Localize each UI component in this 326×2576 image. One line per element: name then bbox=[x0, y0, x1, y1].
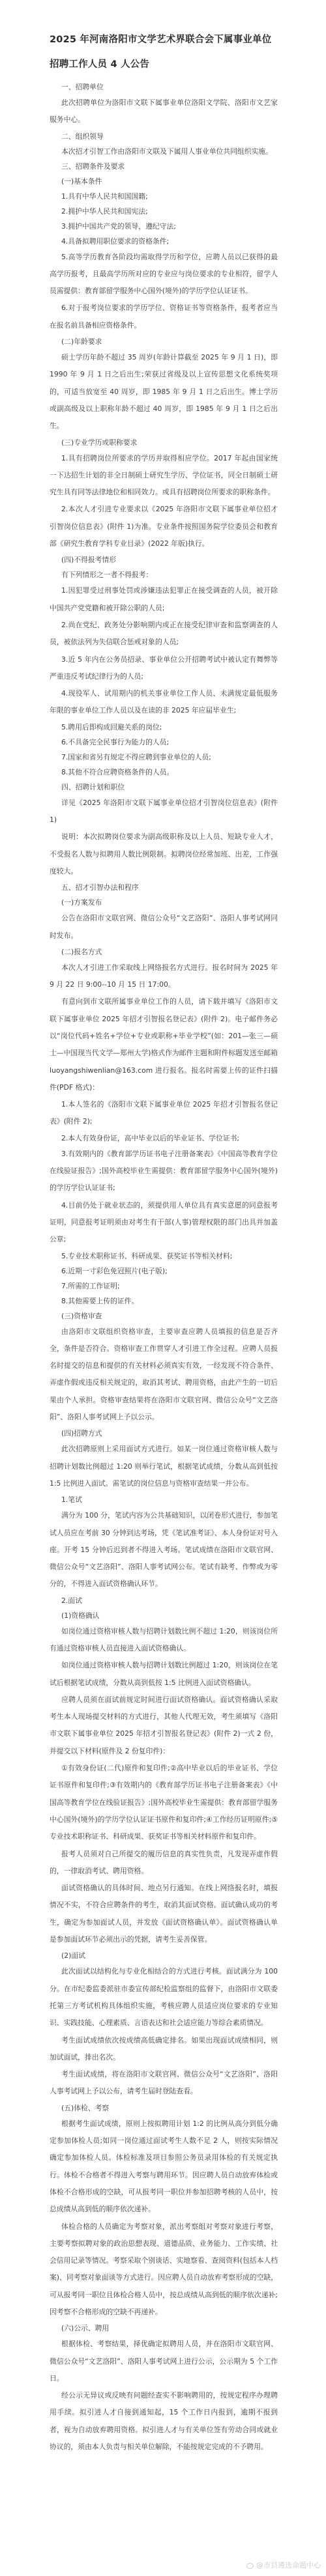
body-paragraph: 考生面试成绩，将在洛阳市文联官网、微信公众号“文艺洛阳”、洛阳人事考试网上予以公… bbox=[50, 2066, 278, 2101]
section-heading: (四)招聘方式 bbox=[50, 1426, 278, 1441]
body-paragraph: 应聘人员须在面试前规定时间进行面试资格确认。面试资格确认采取考生本人现场提交材料… bbox=[50, 1691, 278, 1760]
body-paragraph: 4.目前仍处于就业状态的，须提供用人单位具有真实意愿的同意报考证明，同意报考证明… bbox=[50, 1197, 278, 1249]
weibo-watermark: @市县遴选命题中心 bbox=[246, 2560, 321, 2570]
section-heading: (五)体检、考察 bbox=[50, 2101, 278, 2116]
body-paragraph: 由洛阳市文联组织资格审查，主要审查应聘人员填报的信息是否齐全，条件是否符合。资格… bbox=[50, 1323, 278, 1426]
body-paragraph: 如岗位通过资格审核人数与招聘计划数比例不超过 1:20，则该岗位所有通过资格审核… bbox=[50, 1623, 278, 1658]
section-heading: 五、招才引智办法和程序 bbox=[50, 880, 278, 895]
section-heading: 四、招聘计划和职位 bbox=[50, 780, 278, 795]
body-paragraph: 体检合格的人员确定为考察对象，派出考察组对考察对象进行考察，主要考察拟聘对象的政… bbox=[50, 2218, 278, 2321]
section-heading: 4.具备拟聘用职位要求的资格条件; bbox=[50, 234, 278, 249]
body-paragraph: 1.本人签名的《洛阳市文联下属事业单位 2025 年招才引智报名登记表》(附件 … bbox=[50, 1096, 278, 1131]
section-heading: 7.国家和省另有规定不得应聘到事业单位的人员; bbox=[50, 750, 278, 765]
body-paragraph: 根据考生面试成绩，原则上按拟聘用计划 1:2 的比例从高分到低分确定参加体检人员… bbox=[50, 2116, 278, 2218]
body-paragraph: 根据体检、考察结果，择优确定拟聘用人员，并在洛阳市文联官网、微信公众号“文艺洛阳… bbox=[50, 2336, 278, 2387]
body-paragraph: 此次招聘单位为洛阳市文联下属事业单位洛阳文学院、洛阳市文艺家服务中心。 bbox=[50, 94, 278, 129]
section-heading: 本次招才引智工作由洛阳市文联及下属用人事业单位共同组织实施。 bbox=[50, 144, 278, 159]
section-heading: 1.笔试 bbox=[50, 1492, 278, 1507]
body-paragraph: 面试资格确认的具体时间、地点另行通知。在线上网络报名时，填报情况不实，不符合应聘… bbox=[50, 1880, 278, 1948]
body-paragraph: 5.高等学历教育各阶段均需取得学历和学位，应聘人员以已获得的最高学历报考，且最高… bbox=[50, 249, 278, 300]
body-paragraph: 4.现役军人、试用期内的机关事业单位工作人员、未满规定最低服务年限的事业单位工作… bbox=[50, 685, 278, 720]
watermark-text: @市县遴选命题中心 bbox=[256, 2560, 321, 2570]
announcement-document: 2025 年河南洛阳市文学艺术界联合会下属事业单位招聘工作人员 4 人公告 一、… bbox=[50, 0, 278, 2456]
body-paragraph: 此次面试以结构化与专业化相结合的方式进行考核。面试满分为 100 分。在市纪委监… bbox=[50, 1963, 278, 2031]
body-paragraph: 3.有效期内的《教育部学历证书电子注册备案表》《中国高等教育学位在线验证报告》;… bbox=[50, 1146, 278, 1197]
body-paragraph: 有意向到市文联所属事业单位工作的人员，请下载并填写《洛阳市文联下属事业单位 20… bbox=[50, 993, 278, 1096]
body-paragraph: 如岗位通过资格审核人数与招聘计划数比例超过 1:20，则该岗位在笔试后根据笔试成… bbox=[50, 1657, 278, 1691]
section-heading: (六)公示、聘用 bbox=[50, 2321, 278, 2336]
section-heading: 7.所需的工作证明; bbox=[50, 1279, 278, 1294]
body-paragraph: 2.本次人才引进专业要求以《2025 年洛阳市文联下属事业单位招才引智岗位信息表… bbox=[50, 501, 278, 552]
body-paragraph: 考生面试成绩依次按成绩高低确定排名。如果出现面试成绩相同，则加试面试，排出名次。 bbox=[50, 2032, 278, 2067]
section-heading: (一)基本条件 bbox=[50, 174, 278, 189]
section-heading: (四)不得报考情形 bbox=[50, 552, 278, 567]
body-paragraph: ①有效身份证(二代)原件和复印件;②高中毕业以后的毕业证书、学位证书原件和复印件… bbox=[50, 1760, 278, 1845]
body-paragraph: 1.具有招聘岗位所要求的学历并取得相应学位。2017 年起由国家统一下达招生计划… bbox=[50, 450, 278, 502]
body-paragraph: 满分为 100 分，笔试内容为公共基础知识，以闭卷形式进行，参加笔试人员应在考前… bbox=[50, 1507, 278, 1592]
section-heading: 二、组织领导 bbox=[50, 129, 278, 144]
section-heading: (1)资格确认 bbox=[50, 1608, 278, 1623]
section-heading: (二)报名方式 bbox=[50, 944, 278, 959]
body-paragraph: 硕士学历年龄不超过 35 周岁(年龄计算截至 2025 年 9 月 1 日)，即… bbox=[50, 349, 278, 434]
body-paragraph: 本次人才引进工作采取线上网络报名方式进行。报名时间为 2025 年 9 月 22… bbox=[50, 959, 278, 994]
body-paragraph: 6.对于报考岗位要求的学历学位、资格证书等资格条件，报考者应当在报名前具备相应资… bbox=[50, 300, 278, 334]
body-paragraph: 报考人员须对自己所提交的履历信息的真实性负责，凡发现弄虚作假的，一律取消考试、聘… bbox=[50, 1846, 278, 1880]
section-heading: 2.面试 bbox=[50, 1593, 278, 1608]
section-heading: 一、招聘单位 bbox=[50, 79, 278, 94]
section-heading: 2.本人有效身份证，高中毕业以后的毕业证书、学位证书; bbox=[50, 1131, 278, 1146]
section-heading: (三)资格审查 bbox=[50, 1309, 278, 1323]
section-heading: (二)年龄要求 bbox=[50, 334, 278, 349]
document-title: 2025 年河南洛阳市文学艺术界联合会下属事业单位招聘工作人员 4 人公告 bbox=[50, 27, 278, 77]
body-paragraph: 公告在洛阳市文联官网、微信公众号“文艺洛阳”、洛阳人事考试网同时发布。 bbox=[50, 910, 278, 944]
weibo-icon bbox=[246, 2562, 254, 2568]
section-heading: 有下列情形之一者不得报考： bbox=[50, 567, 278, 582]
body-paragraph: 2.尚在党纪、政务处分影响期内或正在接受纪律审查和监察调查的人员，被依法列为失信… bbox=[50, 617, 278, 651]
section-heading: 5.聘用后即构成回避关系的岗位; bbox=[50, 720, 278, 735]
document-body: 一、招聘单位此次招聘单位为洛阳市文联下属事业单位洛阳文学院、洛阳市文艺家服务中心… bbox=[50, 79, 278, 2456]
section-heading: (三)专业学历或职称要求 bbox=[50, 435, 278, 450]
section-heading: 6.近期一寸彩色免冠照片(电子版); bbox=[50, 1264, 278, 1279]
section-heading: 3.拥护中国共产党的领导，遵纪守法; bbox=[50, 219, 278, 234]
section-heading: (一)方案发布 bbox=[50, 895, 278, 910]
section-heading: 6.不具备完全民事行为能力的人员; bbox=[50, 735, 278, 750]
body-paragraph: 1.因犯罪受过刑事处罚或涉嫌违法犯罪正在接受调查的人员，被开除中国共产党党籍和被… bbox=[50, 582, 278, 617]
body-paragraph: 3.近 5 年内在公务员招录、事业单位公开招聘考试中被认定有舞弊等严重违反考试纪… bbox=[50, 651, 278, 686]
section-heading: 8.其他需要上传的证件。 bbox=[50, 1294, 278, 1309]
body-paragraph: 经公示无异议或反映有问题经查实不影响聘用的，按规定程序办理聘用手续。拟引进人才自… bbox=[50, 2387, 278, 2456]
section-heading: 5.专业技术职称证书、科研成果、获奖证书等相关材料; bbox=[50, 1249, 278, 1264]
body-paragraph: 说明：本次拟聘岗位要求为副高级职称及以上人员、短缺专业人才，不受报名人数与拟聘用… bbox=[50, 828, 278, 880]
body-paragraph: 此次招聘原则上采用面试方式进行。如某一岗位通过资格审核人数与招聘计划数比例超过 … bbox=[50, 1441, 278, 1492]
body-paragraph: 详见《2025 年洛阳市文联下属事业单位招才引智岗位信息表》(附件 1) bbox=[50, 795, 278, 829]
section-heading: 1.具有中华人民共和国国籍; bbox=[50, 189, 278, 204]
section-heading: 8.其他不符合应聘资格条件的人员。 bbox=[50, 765, 278, 780]
section-heading: 2.拥护中华人民共和国宪法; bbox=[50, 204, 278, 219]
section-heading: (2)面试 bbox=[50, 1948, 278, 1963]
section-heading: 三、招聘条件及要求 bbox=[50, 159, 278, 174]
